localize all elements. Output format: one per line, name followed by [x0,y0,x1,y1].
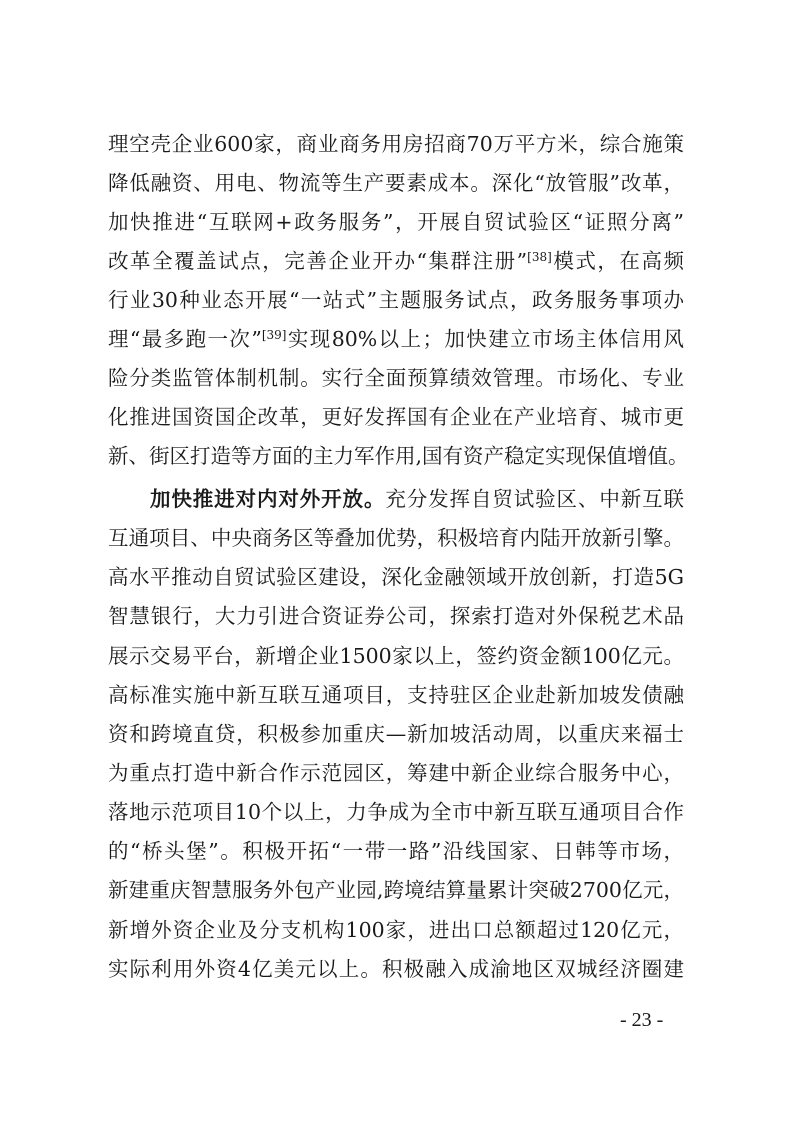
text-segment: 理“最多跑一次” [108,327,262,351]
text-line: 新建重庆智慧服务外包产业园,跨境结算量累计突破2700亿元， [108,875,684,905]
text-line: 行业30种业态开展“一站式”主题服务试点，政务服务事项办 [108,285,684,315]
text-line: 高标准实施中新互联互通项目，支持驻区企业赴新加坡发债融 [108,680,684,710]
text-line: 加快推进“互联网+政务服务”，开展自贸试验区“证照分离” [108,207,684,237]
page-number: - 23 - [620,1005,690,1035]
text-line: 高水平推动自贸试验区建设，深化金融领域开放创新，打造5G [108,562,684,592]
text-line: 理“最多跑一次”[39]实现80%以上；加快建立市场主体信用风 [108,324,684,354]
text-line: 险分类监管体制机制。实行全面预算绩效管理。市场化、专业 [108,363,684,393]
text-segment: 模式，在高频 [552,249,684,273]
paragraph-heading: 加快推进对内对外开放。 [150,487,385,511]
text-line: 的“桥头堡”。积极开拓“一带一路”沿线国家、日韩等市场， [108,836,684,866]
text-line: 展示交易平台，新增企业1500家以上，签约资金额100亿元。 [108,641,684,671]
text-line: 理空壳企业600家，商业商务用房招商70万平方米，综合施策 [108,129,684,159]
document-page: 理空壳企业600家，商业商务用房招商70万平方米，综合施策 降低融资、用电、物流… [0,0,793,1122]
paragraph-heading-line: 加快推进对内对外开放。充分发挥自贸试验区、中新互联 [150,484,684,514]
citation-reference: [38] [527,250,552,264]
text-line: 智慧银行，大力引进合资证券公司，探索打造对外保税艺术品 [108,601,684,631]
text-segment: 充分发挥自贸试验区、中新互联 [385,487,684,511]
text-segment: 改革全覆盖试点，完善企业开办“集群注册” [108,249,527,273]
text-line: 互通项目、中央商务区等叠加优势，积极培育内陆开放新引擎。 [108,523,684,553]
text-line: 新、街区打造等方面的主力军作用,国有资产稳定实现保值增值。 [108,441,684,471]
text-line: 降低融资、用电、物流等生产要素成本。深化“放管服”改革， [108,168,684,198]
text-line: 实际利用外资4亿美元以上。积极融入成渝地区双城经济圈建 [108,954,684,984]
text-line: 化推进国资国企改革，更好发挥国有企业在产业培育、城市更 [108,402,684,432]
citation-reference: [39] [262,328,287,342]
text-segment: 实现80%以上；加快建立市场主体信用风 [286,327,684,351]
text-line: 为重点打造中新合作示范园区，筹建中新企业综合服务中心， [108,758,684,788]
text-line: 改革全覆盖试点，完善企业开办“集群注册”[38]模式，在高频 [108,246,684,276]
text-line: 资和跨境直贷，积极参加重庆—新加坡活动周，以重庆来福士 [108,719,684,749]
text-line: 新增外资企业及分支机构100家，进出口总额超过120亿元， [108,915,684,945]
text-line: 落地示范项目10个以上，力争成为全市中新互联互通项目合作 [108,797,684,827]
